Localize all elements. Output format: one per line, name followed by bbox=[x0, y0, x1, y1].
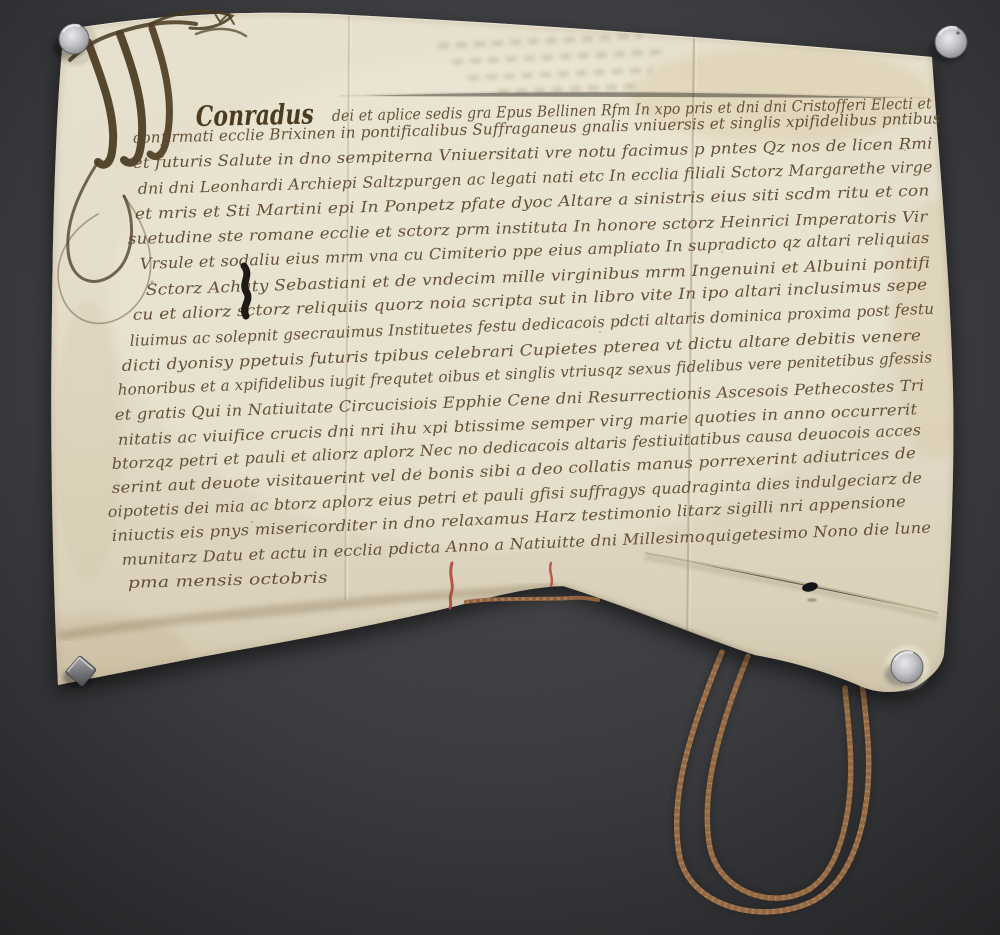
charter-scene: Conradus dei et aplice sedis gra Epus Be… bbox=[0, 0, 1000, 935]
pin-bottom-right bbox=[885, 645, 929, 689]
photo-of-medieval-charter: Conradus dei et aplice sedis gra Epus Be… bbox=[0, 0, 1000, 935]
slit-smudge bbox=[807, 598, 817, 602]
ink-blot bbox=[244, 266, 248, 316]
